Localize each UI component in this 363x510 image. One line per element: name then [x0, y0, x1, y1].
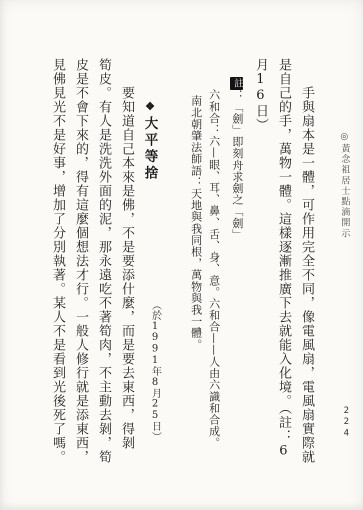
- paragraph2-column3: 皮是不會下來的，得有這麼個想法才行。一般人修行就是添東西，: [72, 58, 87, 464]
- note-line1-text: ：「劍」即刻舟求劍之「劍」: [231, 90, 244, 241]
- note-line2: 六和合：六—眼、耳、鼻、舌、身、意。六和合——人由六識和合成。: [207, 89, 220, 449]
- note-marker-badge: 註: [230, 77, 243, 90]
- paragraph2-column1: 要知道自己本來是佛，不是要添什麼，而是要去東西，得剝: [118, 86, 133, 450]
- diamond-ornament-icon: ❖: [144, 100, 157, 116]
- section-date: （於1991年8月25日）: [149, 300, 161, 442]
- paragraph1-column2: 是自己的手，萬物一體。這樣逐漸推廣下去就能入化境。（註：6: [275, 58, 290, 460]
- paragraph1-column3: 月16日）: [252, 58, 267, 132]
- note-line1: 註：「劍」即刻舟求劍之「劍」: [229, 77, 243, 240]
- section-heading: ❖大平等捨: [141, 100, 157, 182]
- book-page: ◎黃念祖居士點滴開示 224 手與扇本是一體，可作用完全不同，像電風扇，電風扇實…: [0, 0, 363, 510]
- paragraph2-column2: 筍皮。有人是洗洗外面的泥，那永遠吃不著筍肉，不主動去剝，筍: [95, 58, 110, 464]
- note-line3: 南北朝肇法師語：天地與我同根，萬物與我一體。: [189, 95, 202, 350]
- section-title: 大平等捨: [142, 116, 158, 182]
- page-number: 224: [341, 406, 351, 440]
- paragraph1-column1: 手與扇本是一體，可作用完全不同，像電風扇，電風扇實際就: [298, 86, 313, 464]
- paragraph2-column4: 見佛見光不是好事，增加了分別執著。某人不是看到光後死了嗎。: [49, 58, 64, 464]
- running-header: ◎黃念祖居士點滴開示: [339, 132, 349, 239]
